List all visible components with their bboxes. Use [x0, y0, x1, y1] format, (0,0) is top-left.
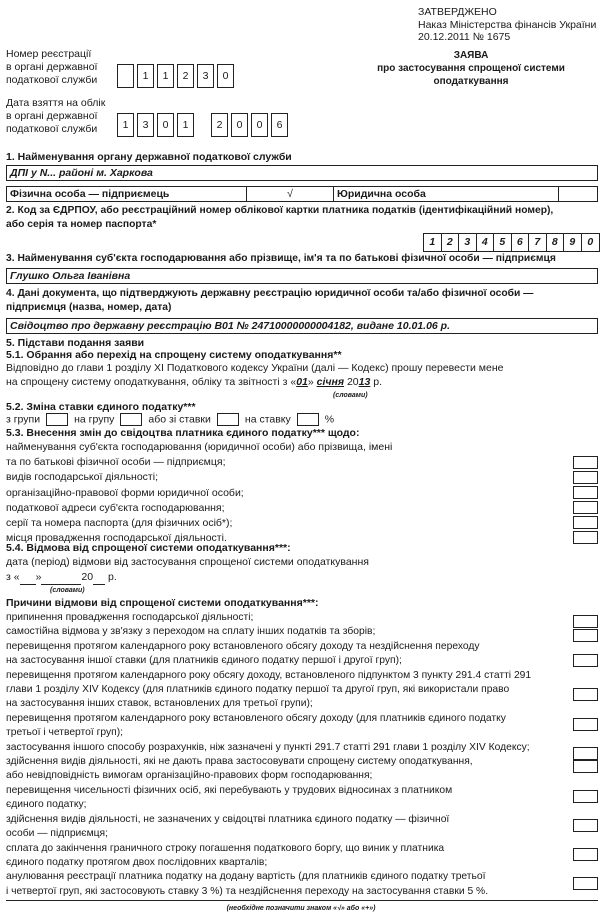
section51-text: Відповідно до глави 1 розділу XI Податко…	[6, 362, 504, 375]
checkbox-reason-vat-cancelled[interactable]	[573, 877, 598, 890]
digit-cell[interactable]: 0	[157, 113, 174, 137]
checkbox-reason-unlisted-activity[interactable]	[573, 819, 598, 832]
refusal-month-blank[interactable]	[41, 571, 81, 585]
legal-entity-label: Юридична особа	[334, 187, 559, 201]
to-rate-box[interactable]	[297, 413, 319, 426]
section2-heading: 2. Код за ЄДРПОУ, або реєстраційний номе…	[6, 204, 553, 232]
checkbox-activity-place[interactable]	[573, 531, 598, 544]
list-item: та по батькові фізичної особи — підприєм…	[6, 455, 392, 470]
refusal-year-blank[interactable]	[93, 571, 105, 585]
taxpayer-id-field[interactable]: 1 2 3 4 5 6 7 8 9 0	[423, 233, 600, 252]
footnote: (необхідне позначити знаком «√» або «+»)	[0, 902, 602, 912]
start-year[interactable]: 13	[359, 376, 371, 388]
section51-words-note: (словами)	[333, 389, 368, 402]
digit-cell[interactable]: 0	[217, 64, 234, 88]
reasons-heading: Причини відмови від спрощеної системи оп…	[6, 596, 319, 610]
digit-cell[interactable]: 1	[177, 113, 194, 137]
section53-heading: 5.3. Внесення змін до свідоцтва платника…	[6, 426, 359, 440]
digit-cell[interactable]: 6	[271, 113, 288, 137]
label-line: податкової служби	[6, 74, 97, 87]
checkbox-passport[interactable]	[573, 516, 598, 529]
checkbox-reason-income-exceeded-1-2[interactable]	[573, 654, 598, 667]
refusal-day-blank[interactable]	[20, 571, 36, 585]
list-item: серії та номера паспорта (для фізичних о…	[6, 516, 392, 531]
checkbox-name-change[interactable]	[573, 456, 598, 469]
title-sub2: оподаткування	[340, 75, 602, 88]
digit-cell[interactable]	[117, 64, 134, 88]
checkbox-reason-other-payment[interactable]	[573, 747, 598, 760]
label-line: Дата взяття на облік	[6, 97, 105, 110]
document-title: ЗАЯВА про застосування спрощеної системи…	[340, 49, 602, 88]
text: на спрощену систему оподаткування, облік…	[6, 376, 296, 388]
reason-line: анулювання реєстрації платника податку н…	[6, 870, 531, 884]
section1-heading: 1. Найменування органу державної податко…	[6, 150, 292, 164]
id-digit[interactable]: 7	[529, 234, 547, 251]
registration-document-field[interactable]: Свідоцтво про державну реєстрацію В01 № …	[6, 318, 598, 334]
reason-line: сплата до закінчення граничного строку п…	[6, 842, 531, 856]
label-line: Номер реєстрації	[6, 48, 97, 61]
to-group-box[interactable]	[120, 413, 142, 426]
digit-cell[interactable]: 1	[117, 113, 134, 137]
id-digit[interactable]: 5	[494, 234, 512, 251]
reason-line: глави 1 розділу XIV Кодексу (для платник…	[6, 683, 531, 697]
digit-cell[interactable]: 0	[251, 113, 268, 137]
approval-title: ЗАТВЕРДЖЕНО	[418, 6, 596, 19]
label-line: податкової служби	[6, 123, 105, 136]
label-line: в органі державної	[6, 110, 105, 123]
section51-heading: 5.1. Обрання або перехід на спрощену сис…	[6, 348, 342, 362]
reason-line: третьої і четвертої груп);	[6, 726, 531, 740]
reason-line: на застосування інших ставок, встановлен…	[6, 697, 531, 711]
reason-line: на застосування іншої ставки (для платни…	[6, 654, 531, 668]
checkbox-reason-employees-exceeded[interactable]	[573, 790, 598, 803]
text: %	[325, 413, 334, 425]
reasons-list: припинення провадження господарської дія…	[6, 611, 531, 899]
checkbox-reason-voluntary[interactable]	[573, 629, 598, 642]
checkbox-activity-types[interactable]	[573, 471, 598, 484]
id-digit[interactable]: 6	[512, 234, 530, 251]
text: або зі ставки	[148, 413, 211, 425]
checkbox-reason-income-exceeded-other-rates[interactable]	[573, 688, 598, 701]
reason-line: здійснення видів діяльності, які не дают…	[6, 755, 531, 769]
id-digit[interactable]: 0	[582, 234, 600, 251]
section52-heading: 5.2. Зміна ставки єдиного податку***	[6, 400, 196, 414]
approval-block: ЗАТВЕРДЖЕНО Наказ Міністерства фінансів …	[418, 6, 596, 44]
section52-line: з групина групуабо зі ставкина ставку%	[6, 413, 334, 426]
digit-cell[interactable]: 2	[211, 113, 228, 137]
reason-line: особи — підприємця;	[6, 827, 531, 841]
digit-cell[interactable]: 1	[157, 64, 174, 88]
section54-heading: 5.4. Відмова від спрощеної системи опода…	[6, 541, 291, 555]
footnote-divider	[6, 900, 598, 901]
legal-entity-checkbox[interactable]	[559, 187, 597, 201]
taxpayer-type-table: Фізична особа — підприємець √ Юридична о…	[6, 186, 598, 202]
approval-date: 20.12.2011 № 1675	[418, 31, 596, 44]
checkbox-reason-prohibited-activity[interactable]	[573, 760, 598, 773]
text: на групу	[74, 413, 114, 425]
reason-line: єдиного податку;	[6, 798, 531, 812]
date-spacer	[197, 113, 208, 137]
checkbox-tax-address[interactable]	[573, 501, 598, 514]
text: з групи	[6, 413, 40, 425]
section4-heading-line: 4. Дані документа, що підтверджують держ…	[6, 287, 533, 301]
individual-label: Фізична особа — підприємець	[7, 187, 247, 201]
entity-name-field[interactable]: Глушко Ольга Іванівна	[6, 268, 598, 284]
digit-cell[interactable]: 3	[137, 113, 154, 137]
reason-line: єдиного податку протягом двох послідовни…	[6, 856, 531, 870]
checkbox-reason-income-exceeded-3-4[interactable]	[573, 718, 598, 731]
reason-line: перевищення протягом календарного року в…	[6, 712, 531, 726]
registration-number-label: Номер реєстрації в органі державної пода…	[6, 48, 97, 87]
reason-line: самостійна відмова у зв'язку з переходом…	[6, 625, 531, 639]
id-digit[interactable]: 4	[477, 234, 495, 251]
checkbox-reason-tax-debt[interactable]	[573, 848, 598, 861]
id-digit[interactable]: 9	[564, 234, 582, 251]
section2-heading-line: 2. Код за ЄДРПОУ, або реєстраційний номе…	[6, 204, 553, 218]
section54-date-line: з « » 20 р.	[6, 571, 117, 585]
text: »	[308, 376, 317, 388]
label-line: в органі державної	[6, 61, 97, 74]
checkbox-legal-form[interactable]	[573, 486, 598, 499]
registration-date-field[interactable]: 1 3 0 1 2 0 0 6	[117, 113, 288, 137]
reason-line: і четвертої груп, які застосовують ставк…	[6, 885, 531, 899]
text: 20	[344, 376, 359, 388]
approval-order: Наказ Міністерства фінансів України	[418, 19, 596, 32]
text: на ставку	[245, 413, 291, 425]
id-digit[interactable]: 1	[424, 234, 442, 251]
text: з «	[6, 571, 20, 583]
digit-cell[interactable]: 1	[137, 64, 154, 88]
section3-heading: 3. Найменування суб'єкта господарювання …	[6, 252, 556, 266]
section4-heading: 4. Дані документа, що підтверджують держ…	[6, 287, 533, 315]
reason-line: перевищення чисельності фізичних осіб, я…	[6, 784, 531, 798]
registration-number-field[interactable]: 1 1 2 3 0	[117, 64, 234, 88]
digit-cell[interactable]: 0	[231, 113, 248, 137]
list-item: видів господарської діяльності;	[6, 470, 392, 485]
id-digit[interactable]: 3	[459, 234, 477, 251]
section54-text: дата (період) відмови від застосування с…	[6, 556, 369, 569]
start-month[interactable]: січня	[317, 376, 344, 388]
reason-line: перевищення протягом календарного року о…	[6, 669, 531, 683]
start-day[interactable]: 01	[296, 376, 308, 388]
id-digit[interactable]: 2	[442, 234, 460, 251]
reason-line: здійснення видів діяльності, не зазначен…	[6, 813, 531, 827]
title-main: ЗАЯВА	[340, 49, 602, 62]
list-item: податкової адреси суб'єкта господарюванн…	[6, 501, 392, 516]
checkbox-reason-termination[interactable]	[573, 615, 598, 628]
text: р.	[370, 376, 382, 388]
section53-items: найменування суб'єкта господарювання (юр…	[6, 440, 392, 546]
list-item: організаційно-правової форми юридичної о…	[6, 486, 392, 501]
text: р.	[105, 571, 117, 583]
digit-cell[interactable]: 2	[177, 64, 194, 88]
section51-date-line: на спрощену систему оподаткування, облік…	[6, 376, 382, 389]
tax-office-field[interactable]: ДПІ у N... районі м. Харкова	[6, 165, 598, 181]
from-rate-box[interactable]	[217, 413, 239, 426]
text: 20	[81, 571, 93, 583]
reason-line: перевищення протягом календарного року в…	[6, 640, 531, 654]
from-group-box[interactable]	[46, 413, 68, 426]
reason-line: припинення провадження господарської дія…	[6, 611, 531, 625]
individual-checkbox[interactable]: √	[247, 187, 334, 201]
reason-line: або невідповідність вимогам організаційн…	[6, 769, 531, 783]
list-item: найменування суб'єкта господарювання (юр…	[6, 440, 392, 455]
reason-line: застосування іншого способу розрахунків,…	[6, 741, 531, 755]
digit-cell[interactable]: 3	[197, 64, 214, 88]
section2-heading-line: або серія та номер паспорта*	[6, 218, 553, 232]
title-sub1: про застосування спрощеної системи	[340, 62, 602, 75]
registration-date-label: Дата взяття на облік в органі державної …	[6, 97, 105, 136]
id-digit[interactable]: 8	[547, 234, 565, 251]
section4-heading-line: підприємця (назва, номер, дата)	[6, 301, 533, 315]
